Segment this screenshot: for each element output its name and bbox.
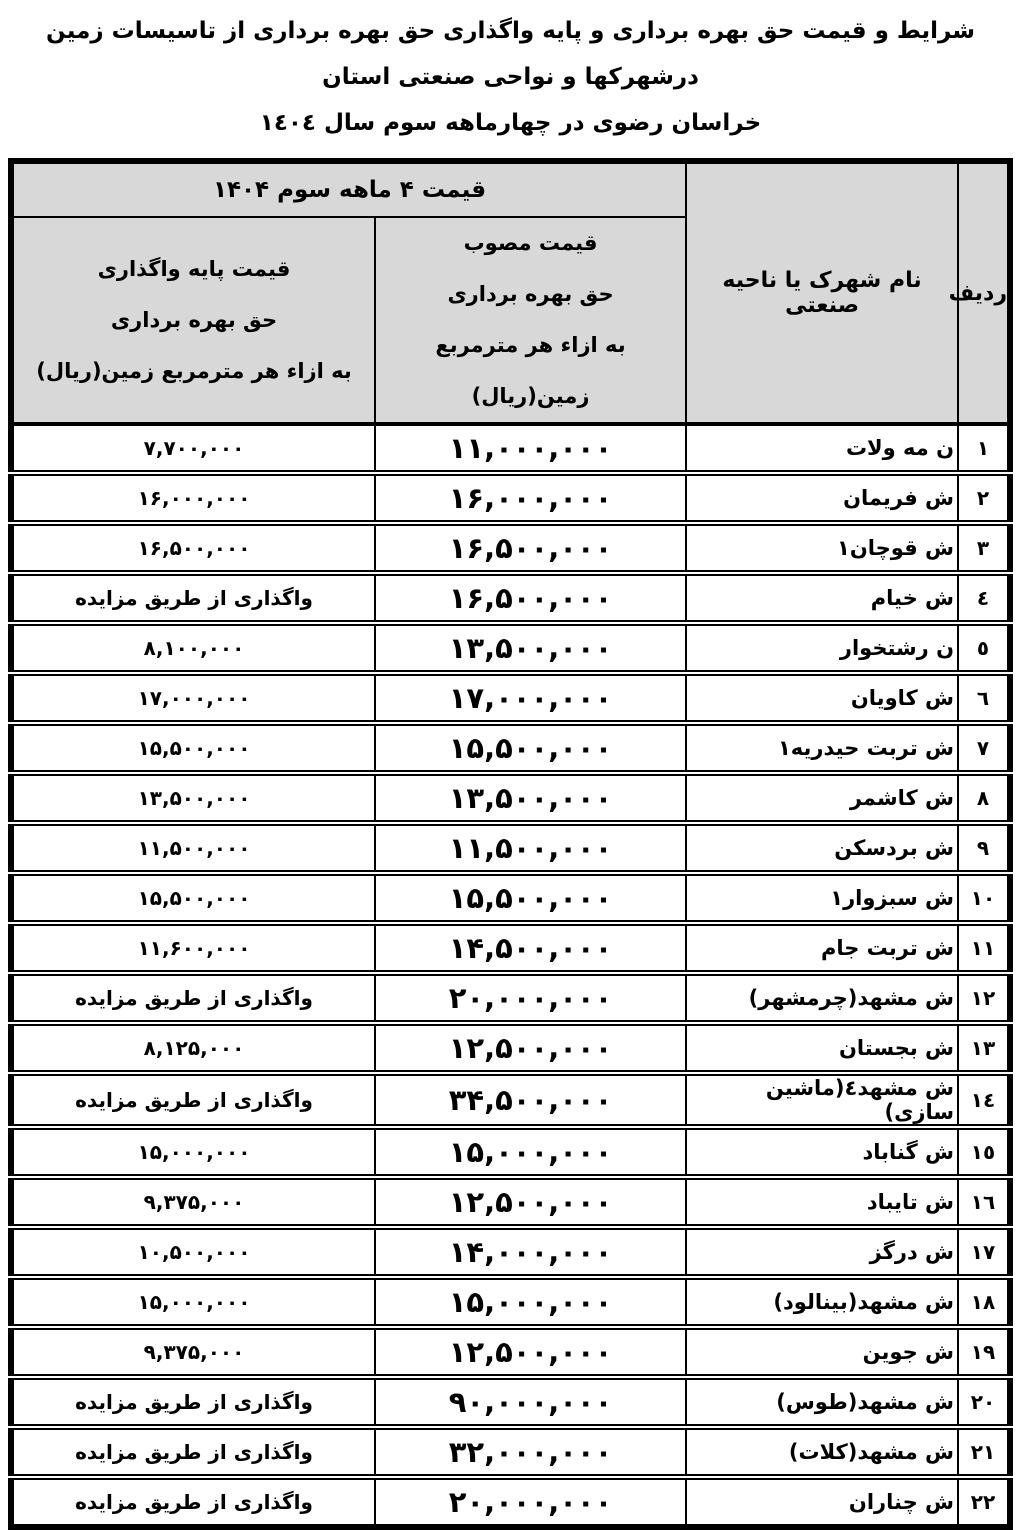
header-price-group: قیمت ۴ ماهه سوم ۱۴۰۴ bbox=[11, 161, 686, 217]
table-row: ٣ش قوچان١۱۶,۵۰۰,۰۰۰۱۶,۵۰۰,۰۰۰ bbox=[11, 523, 1010, 573]
row-number-cell: ٢١ bbox=[958, 1427, 1010, 1477]
row-number-cell: ٨ bbox=[958, 773, 1010, 823]
base-price-cell: واگذاری از طریق مزایده bbox=[11, 1477, 375, 1527]
town-name-cell: ش جوین bbox=[686, 1327, 958, 1377]
town-name-cell: ش تربت جام bbox=[686, 923, 958, 973]
row-number-cell: ٧ bbox=[958, 723, 1010, 773]
base-price-cell: ۹,۳۷۵,۰۰۰ bbox=[11, 1327, 375, 1377]
base-price-cell: ۱۶,۰۰۰,۰۰۰ bbox=[11, 473, 375, 523]
approved-price-cell: ۱۱,۵۰۰,۰۰۰ bbox=[375, 823, 686, 873]
base-price-cell: واگذاری از طریق مزایده bbox=[11, 1073, 375, 1127]
document-title: شرایط و قیمت حق بهره برداری و پایه واگذا… bbox=[0, 0, 1021, 146]
approved-price-cell: ۱۶,۵۰۰,۰۰۰ bbox=[375, 573, 686, 623]
base-price-cell: ۷,۷۰۰,۰۰۰ bbox=[11, 424, 375, 473]
table-row: ٢١ش مشهد(کلات)۳۲,۰۰۰,۰۰۰واگذاری از طریق … bbox=[11, 1427, 1010, 1477]
approved-price-cell: ۳۴,۵۰۰,۰۰۰ bbox=[375, 1073, 686, 1127]
approved-price-cell: ۱۲,۵۰۰,۰۰۰ bbox=[375, 1177, 686, 1227]
base-price-cell: واگذاری از طریق مزایده bbox=[11, 973, 375, 1023]
table-row: ٢٠ش مشهد(طوس)۹۰,۰۰۰,۰۰۰واگذاری از طریق م… bbox=[11, 1377, 1010, 1427]
table-row: ١٩ش جوین۱۲,۵۰۰,۰۰۰۹,۳۷۵,۰۰۰ bbox=[11, 1327, 1010, 1377]
table-row: ٢٢ش چناران۲۰,۰۰۰,۰۰۰واگذاری از طریق مزای… bbox=[11, 1477, 1010, 1527]
approved-price-cell: ۱۵,۵۰۰,۰۰۰ bbox=[375, 873, 686, 923]
table-row: ١٥ش گناباد۱۵,۰۰۰,۰۰۰۱۵,۰۰۰,۰۰۰ bbox=[11, 1127, 1010, 1177]
town-name-cell: ش سبزوار١ bbox=[686, 873, 958, 923]
base-price-cell: ۱۵,۵۰۰,۰۰۰ bbox=[11, 723, 375, 773]
header-town-name: نام شهرک یا ناحیه صنعتی bbox=[686, 161, 958, 424]
table-row: ٤ش خیام۱۶,۵۰۰,۰۰۰واگذاری از طریق مزایده bbox=[11, 573, 1010, 623]
town-name-cell: ش کاشمر bbox=[686, 773, 958, 823]
base-price-cell: ۱۱,۵۰۰,۰۰۰ bbox=[11, 823, 375, 873]
row-number-cell: ٦ bbox=[958, 673, 1010, 723]
header-approved-line-1: قیمت مصوب bbox=[376, 218, 685, 269]
base-price-cell: ۱۶,۵۰۰,۰۰۰ bbox=[11, 523, 375, 573]
approved-price-cell: ۹۰,۰۰۰,۰۰۰ bbox=[375, 1377, 686, 1427]
row-number-cell: ١١ bbox=[958, 923, 1010, 973]
row-number-cell: ١٤ bbox=[958, 1073, 1010, 1127]
base-price-cell: ۸,۱۰۰,۰۰۰ bbox=[11, 623, 375, 673]
base-price-cell: ۸,۱۲۵,۰۰۰ bbox=[11, 1023, 375, 1073]
table-body: ١ن مه ولات۱۱,۰۰۰,۰۰۰۷,۷۰۰,۰۰۰٢ش فریمان۱۶… bbox=[11, 424, 1010, 1527]
header-base-line-1: قیمت پایه واگذاری bbox=[14, 244, 374, 295]
table-row: ٦ش کاویان۱۷,۰۰۰,۰۰۰۱۷,۰۰۰,۰۰۰ bbox=[11, 673, 1010, 723]
approved-price-cell: ۱۴,۰۰۰,۰۰۰ bbox=[375, 1227, 686, 1277]
base-price-cell: ۱۵,۰۰۰,۰۰۰ bbox=[11, 1127, 375, 1177]
header-row-number: ردیف bbox=[958, 161, 1010, 424]
table-row: ١٨ش مشهد(بینالود)۱۵,۰۰۰,۰۰۰۱۵,۰۰۰,۰۰۰ bbox=[11, 1277, 1010, 1327]
approved-price-cell: ۱۵,۰۰۰,۰۰۰ bbox=[375, 1277, 686, 1327]
table-row: ١٤ش مشهد٤(ماشین سازی)۳۴,۵۰۰,۰۰۰واگذاری ا… bbox=[11, 1073, 1010, 1127]
header-approved-line-3: به ازاء هر مترمربع زمین(ریال) bbox=[376, 320, 685, 422]
approved-price-cell: ۱۲,۵۰۰,۰۰۰ bbox=[375, 1327, 686, 1377]
town-name-cell: ش کاویان bbox=[686, 673, 958, 723]
approved-price-cell: ۳۲,۰۰۰,۰۰۰ bbox=[375, 1427, 686, 1477]
row-number-cell: ١٩ bbox=[958, 1327, 1010, 1377]
town-name-cell: ش چناران bbox=[686, 1477, 958, 1527]
row-number-cell: ٣ bbox=[958, 523, 1010, 573]
base-price-cell: ۱۰,۵۰۰,۰۰۰ bbox=[11, 1227, 375, 1277]
base-price-cell: ۱۳,۵۰۰,۰۰۰ bbox=[11, 773, 375, 823]
table-row: ١ن مه ولات۱۱,۰۰۰,۰۰۰۷,۷۰۰,۰۰۰ bbox=[11, 424, 1010, 473]
base-price-cell: واگذاری از طریق مزایده bbox=[11, 573, 375, 623]
base-price-cell: واگذاری از طریق مزایده bbox=[11, 1427, 375, 1477]
header-approved-price: قیمت مصوب حق بهره برداری به ازاء هر مترم… bbox=[375, 217, 686, 424]
row-number-cell: ٥ bbox=[958, 623, 1010, 673]
base-price-cell: ۱۵,۰۰۰,۰۰۰ bbox=[11, 1277, 375, 1327]
town-name-cell: ش بجستان bbox=[686, 1023, 958, 1073]
town-name-cell: ش مشهد(چرمشهر) bbox=[686, 973, 958, 1023]
town-name-cell: ش تربت حیدریه١ bbox=[686, 723, 958, 773]
approved-price-cell: ۱۵,۵۰۰,۰۰۰ bbox=[375, 723, 686, 773]
table-header: ردیف نام شهرک یا ناحیه صنعتی قیمت ۴ ماهه… bbox=[11, 161, 1010, 424]
row-number-cell: ٢ bbox=[958, 473, 1010, 523]
town-name-cell: ش قوچان١ bbox=[686, 523, 958, 573]
approved-price-cell: ۱۲,۵۰۰,۰۰۰ bbox=[375, 1023, 686, 1073]
base-price-cell: ۱۱,۶۰۰,۰۰۰ bbox=[11, 923, 375, 973]
approved-price-cell: ۱۵,۰۰۰,۰۰۰ bbox=[375, 1127, 686, 1177]
town-name-cell: ش مشهد(کلات) bbox=[686, 1427, 958, 1477]
town-name-cell: ش بردسکن bbox=[686, 823, 958, 873]
town-name-cell: ن رشتخوار bbox=[686, 623, 958, 673]
table-row: ١٧ش درگز۱۴,۰۰۰,۰۰۰۱۰,۵۰۰,۰۰۰ bbox=[11, 1227, 1010, 1277]
table-row: ١١ش تربت جام۱۴,۵۰۰,۰۰۰۱۱,۶۰۰,۰۰۰ bbox=[11, 923, 1010, 973]
approved-price-cell: ۱۳,۵۰۰,۰۰۰ bbox=[375, 623, 686, 673]
row-number-cell: ٩ bbox=[958, 823, 1010, 873]
table-row: ١٠ش سبزوار١۱۵,۵۰۰,۰۰۰۱۵,۵۰۰,۰۰۰ bbox=[11, 873, 1010, 923]
table-row: ٢ش فریمان۱۶,۰۰۰,۰۰۰۱۶,۰۰۰,۰۰۰ bbox=[11, 473, 1010, 523]
approved-price-cell: ۱۴,۵۰۰,۰۰۰ bbox=[375, 923, 686, 973]
town-name-cell: ش تایباد bbox=[686, 1177, 958, 1227]
base-price-cell: ۹,۳۷۵,۰۰۰ bbox=[11, 1177, 375, 1227]
base-price-cell: ۱۵,۵۰۰,۰۰۰ bbox=[11, 873, 375, 923]
row-number-cell: ١٨ bbox=[958, 1277, 1010, 1327]
town-name-cell: ش خیام bbox=[686, 573, 958, 623]
row-number-cell: ١ bbox=[958, 424, 1010, 473]
approved-price-cell: ۱۷,۰۰۰,۰۰۰ bbox=[375, 673, 686, 723]
row-number-cell: ٢٠ bbox=[958, 1377, 1010, 1427]
table-row: ٧ش تربت حیدریه١۱۵,۵۰۰,۰۰۰۱۵,۵۰۰,۰۰۰ bbox=[11, 723, 1010, 773]
row-number-cell: ٢٢ bbox=[958, 1477, 1010, 1527]
table-row: ١٦ش تایباد۱۲,۵۰۰,۰۰۰۹,۳۷۵,۰۰۰ bbox=[11, 1177, 1010, 1227]
approved-price-cell: ۲۰,۰۰۰,۰۰۰ bbox=[375, 973, 686, 1023]
table-row: ٨ش کاشمر۱۳,۵۰۰,۰۰۰۱۳,۵۰۰,۰۰۰ bbox=[11, 773, 1010, 823]
town-name-cell: ش مشهد(طوس) bbox=[686, 1377, 958, 1427]
base-price-cell: واگذاری از طریق مزایده bbox=[11, 1377, 375, 1427]
header-base-line-2: حق بهره برداری bbox=[14, 295, 374, 346]
town-name-cell: ش درگز bbox=[686, 1227, 958, 1277]
table-row: ١٢ش مشهد(چرمشهر)۲۰,۰۰۰,۰۰۰واگذاری از طری… bbox=[11, 973, 1010, 1023]
table-row: ٩ش بردسکن۱۱,۵۰۰,۰۰۰۱۱,۵۰۰,۰۰۰ bbox=[11, 823, 1010, 873]
price-table: ردیف نام شهرک یا ناحیه صنعتی قیمت ۴ ماهه… bbox=[8, 158, 1013, 1530]
town-name-cell: ش فریمان bbox=[686, 473, 958, 523]
row-number-cell: ١٣ bbox=[958, 1023, 1010, 1073]
approved-price-cell: ۱۱,۰۰۰,۰۰۰ bbox=[375, 424, 686, 473]
row-number-cell: ١٢ bbox=[958, 973, 1010, 1023]
row-number-cell: ١٧ bbox=[958, 1227, 1010, 1277]
table-row: ٥ن رشتخوار۱۳,۵۰۰,۰۰۰۸,۱۰۰,۰۰۰ bbox=[11, 623, 1010, 673]
town-name-cell: ش گناباد bbox=[686, 1127, 958, 1177]
title-line-1: شرایط و قیمت حق بهره برداری و پایه واگذا… bbox=[0, 8, 1021, 100]
approved-price-cell: ۱۶,۰۰۰,۰۰۰ bbox=[375, 473, 686, 523]
row-number-cell: ١٠ bbox=[958, 873, 1010, 923]
base-price-cell: ۱۷,۰۰۰,۰۰۰ bbox=[11, 673, 375, 723]
row-number-cell: ٤ bbox=[958, 573, 1010, 623]
town-name-cell: ن مه ولات bbox=[686, 424, 958, 473]
town-name-cell: ش مشهد٤(ماشین سازی) bbox=[686, 1073, 958, 1127]
header-base-line-3: به ازاء هر مترمربع زمین(ریال) bbox=[14, 346, 374, 397]
document-page: شرایط و قیمت حق بهره برداری و پایه واگذا… bbox=[0, 0, 1021, 1530]
title-line-2: خراسان رضوی در چهارماهه سوم سال ١٤٠٤ bbox=[0, 100, 1021, 146]
approved-price-cell: ۱۳,۵۰۰,۰۰۰ bbox=[375, 773, 686, 823]
header-approved-line-2: حق بهره برداری bbox=[376, 269, 685, 320]
row-number-cell: ١٦ bbox=[958, 1177, 1010, 1227]
header-base-price: قیمت پایه واگذاری حق بهره برداری به ازاء… bbox=[11, 217, 375, 424]
approved-price-cell: ۲۰,۰۰۰,۰۰۰ bbox=[375, 1477, 686, 1527]
approved-price-cell: ۱۶,۵۰۰,۰۰۰ bbox=[375, 523, 686, 573]
town-name-cell: ش مشهد(بینالود) bbox=[686, 1277, 958, 1327]
table-row: ١٣ش بجستان۱۲,۵۰۰,۰۰۰۸,۱۲۵,۰۰۰ bbox=[11, 1023, 1010, 1073]
row-number-cell: ١٥ bbox=[958, 1127, 1010, 1177]
